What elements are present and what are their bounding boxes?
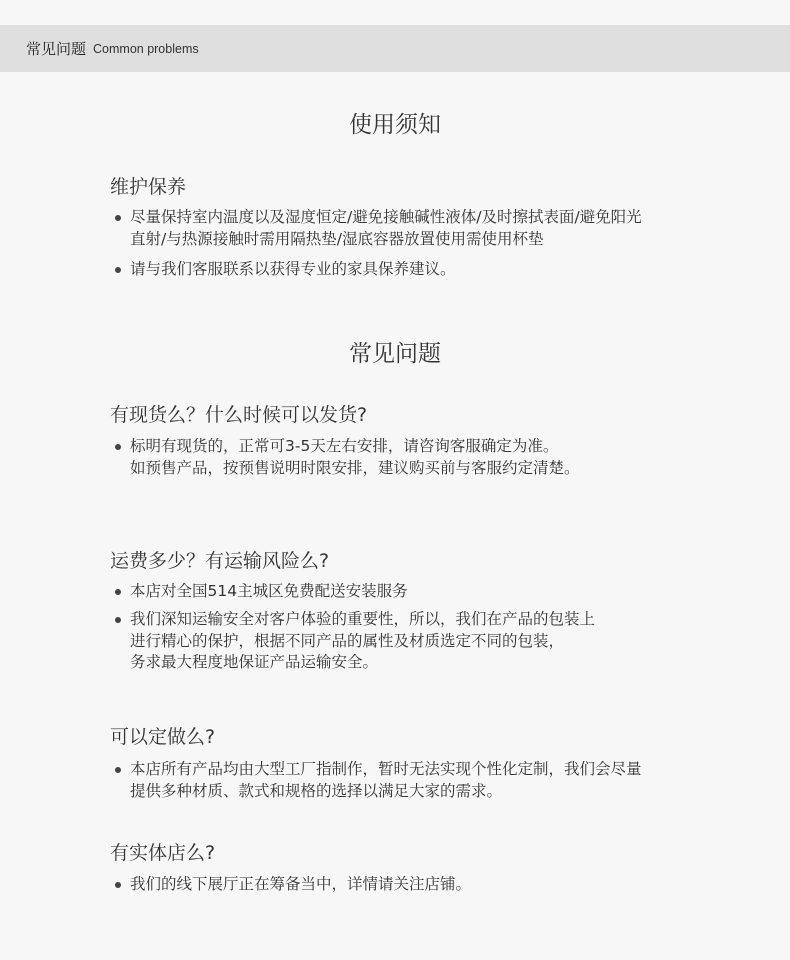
bullet-icon <box>115 589 121 595</box>
bullet-icon <box>115 617 121 623</box>
item-line: 进行精心的保护，根据不同产品的属性及材质选定不同的包装， <box>130 631 710 653</box>
bullet-icon <box>115 767 121 773</box>
header-title-en: Common problems <box>93 42 199 56</box>
bullet-icon <box>115 882 121 888</box>
item-line: 务求最大程度地保证产品运输安全。 <box>130 652 710 674</box>
item-line: 我们深知运输安全对客户体验的重要性，所以，我们在产品的包装上 <box>130 609 710 631</box>
maintenance-item-2: 请与我们客服联系以获得专业的家具保养建议。 <box>110 259 710 281</box>
bullet-icon <box>115 444 121 450</box>
item-line: 尽量保持室内温度以及湿度恒定/避免接触碱性液体/及时擦拭表面/避免阳光 <box>130 207 710 229</box>
item-line: 提供多种材质、款式和规格的选择以满足大家的需求。 <box>130 781 710 803</box>
item-line: 如预售产品，按预售说明时限安排，建议购买前与客服约定清楚。 <box>130 458 710 480</box>
header-title-cn: 常见问题 <box>26 38 86 59</box>
item-line: 本店所有产品均由大型工厂指制作，暂时无法实现个性化定制，我们会尽量 <box>130 759 710 781</box>
maintenance-item-1: 尽量保持室内温度以及湿度恒定/避免接触碱性液体/及时擦拭表面/避免阳光 直射/与… <box>110 207 710 250</box>
item-line: 请与我们客服联系以获得专业的家具保养建议。 <box>130 259 710 281</box>
faq-question-4: 有实体店么? <box>110 841 215 865</box>
faq-title: 常见问题 <box>0 339 790 369</box>
maintenance-heading: 维护保养 <box>110 175 186 199</box>
item-line: 直射/与热源接触时需用隔热垫/湿底容器放置使用需使用杯垫 <box>130 229 710 251</box>
item-line: 本店对全国514主城区免费配送安装服务 <box>130 581 710 603</box>
faq-answer-1: 标明有现货的，正常可3-5天左右安排，请咨询客服确定为准。 如预售产品，按预售说… <box>110 436 710 479</box>
faq-question-2: 运费多少？有运输风险么? <box>110 549 329 573</box>
notice-title: 使用须知 <box>0 110 790 140</box>
bullet-icon <box>115 215 121 221</box>
faq-answer-3: 本店所有产品均由大型工厂指制作，暂时无法实现个性化定制，我们会尽量 提供多种材质… <box>110 759 710 802</box>
item-line: 我们的线下展厅正在筹备当中，详情请关注店铺。 <box>130 874 710 896</box>
faq-answer-4: 我们的线下展厅正在筹备当中，详情请关注店铺。 <box>110 874 710 896</box>
header-band: 常见问题 Common problems <box>0 25 790 72</box>
faq-answer-2a: 本店对全国514主城区免费配送安装服务 <box>110 581 710 603</box>
faq-question-3: 可以定做么? <box>110 725 215 749</box>
faq-answer-2b: 我们深知运输安全对客户体验的重要性，所以，我们在产品的包装上 进行精心的保护，根… <box>110 609 710 674</box>
faq-question-1: 有现货么？什么时候可以发货? <box>110 403 367 427</box>
item-line: 标明有现货的，正常可3-5天左右安排，请咨询客服确定为准。 <box>130 436 710 458</box>
bullet-icon <box>115 267 121 273</box>
